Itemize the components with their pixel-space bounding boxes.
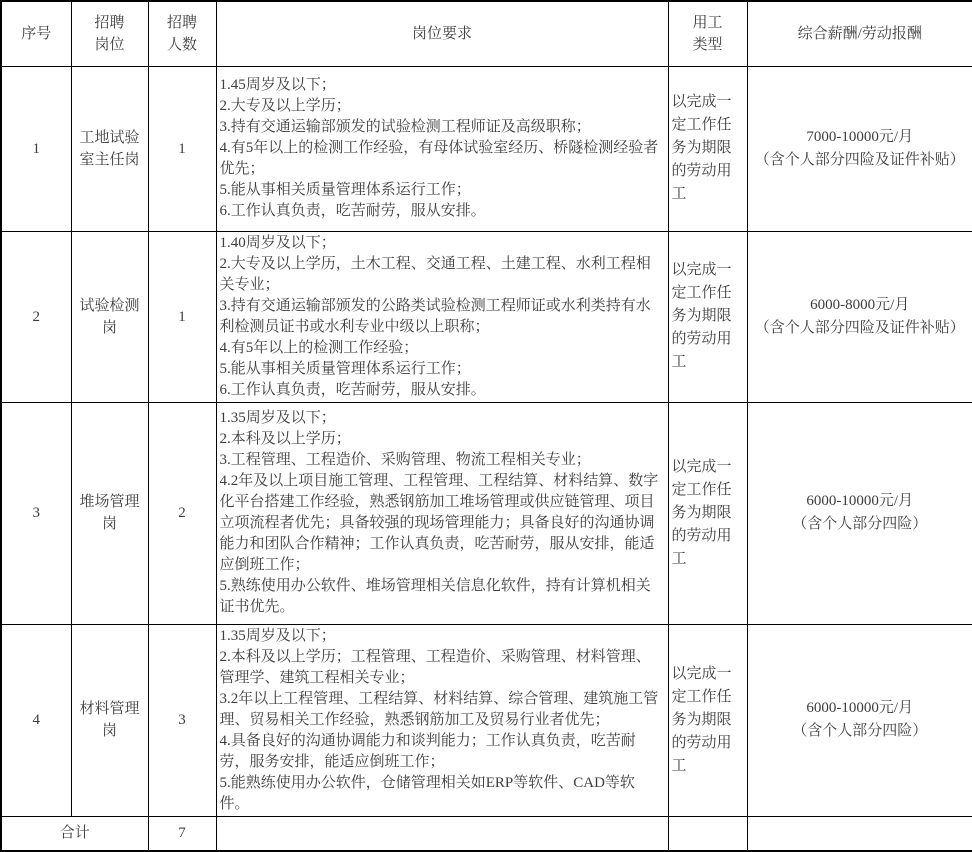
header-seq: 序号 [1, 1, 71, 66]
salary-cell: 6000-10000元/月 （含个人部分四险） [747, 624, 972, 816]
salary-note: （含个人部分四险及证件补贴） [751, 317, 970, 340]
salary-note: （含个人部分四险） [751, 720, 970, 743]
total-count-cell: 7 [148, 816, 216, 851]
count-cell: 1 [148, 66, 216, 231]
count-cell: 3 [148, 624, 216, 816]
position-cell: 工地试验室主任岗 [71, 66, 148, 231]
table-row: 2 试验检测岗 1 1.40周岁及以下； 2.大专及以上学历，土木工程、交通工程… [1, 231, 972, 402]
salary-cell: 6000-8000元/月 （含个人部分四险及证件补贴） [747, 231, 972, 402]
seq-cell: 4 [1, 624, 71, 816]
requirements-cell: 1.45周岁及以下； 2.大专及以上学历； 3.持有交通运输部颁发的试验检测工程… [216, 66, 668, 231]
salary-range: 6000-10000元/月 [751, 490, 970, 513]
salary-note: （含个人部分四险） [751, 513, 970, 536]
employment-type-cell: 以完成一定工作任务为期限的劳动用工 [668, 66, 747, 231]
seq-cell: 3 [1, 402, 71, 624]
empty-requirements-cell [216, 816, 668, 851]
count-cell: 1 [148, 231, 216, 402]
header-salary: 综合薪酬/劳动报酬 [747, 1, 972, 66]
empty-salary-cell [747, 816, 972, 851]
total-label-cell: 合计 [1, 816, 148, 851]
count-cell: 2 [148, 402, 216, 624]
requirements-cell: 1.35周岁及以下； 2.本科及以上学历；工程管理、工程造价、采购管理、材料管理… [216, 624, 668, 816]
position-cell: 材料管理岗 [71, 624, 148, 816]
employment-type-cell: 以完成一定工作任务为期限的劳动用工 [668, 624, 747, 816]
table-row: 4 材料管理岗 3 1.35周岁及以下； 2.本科及以上学历；工程管理、工程造价… [1, 624, 972, 816]
table-row: 1 工地试验室主任岗 1 1.45周岁及以下； 2.大专及以上学历； 3.持有交… [1, 66, 972, 231]
requirements-cell: 1.40周岁及以下； 2.大专及以上学历，土木工程、交通工程、土建工程、水利工程… [216, 231, 668, 402]
salary-range: 7000-10000元/月 [751, 126, 970, 149]
salary-range: 6000-10000元/月 [751, 697, 970, 720]
salary-cell: 7000-10000元/月 （含个人部分四险及证件补贴） [747, 66, 972, 231]
header-position: 招聘 岗位 [71, 1, 148, 66]
total-row: 合计 7 [1, 816, 972, 851]
recruitment-table: 序号 招聘 岗位 招聘 人数 岗位要求 用工 类型 综合薪酬/劳动报酬 1 工地… [0, 0, 972, 852]
requirements-cell: 1.35周岁及以下； 2.本科及以上学历； 3.工程管理、工程造价、采购管理、物… [216, 402, 668, 624]
empty-employment-type-cell [668, 816, 747, 851]
position-cell: 试验检测岗 [71, 231, 148, 402]
header-requirements: 岗位要求 [216, 1, 668, 66]
salary-cell: 6000-10000元/月 （含个人部分四险） [747, 402, 972, 624]
salary-range: 6000-8000元/月 [751, 294, 970, 317]
seq-cell: 2 [1, 231, 71, 402]
employment-type-cell: 以完成一定工作任务为期限的劳动用工 [668, 231, 747, 402]
recruitment-table-page: 序号 招聘 岗位 招聘 人数 岗位要求 用工 类型 综合薪酬/劳动报酬 1 工地… [0, 0, 972, 847]
table-row: 3 堆场管理岗 2 1.35周岁及以下； 2.本科及以上学历； 3.工程管理、工… [1, 402, 972, 624]
header-count: 招聘 人数 [148, 1, 216, 66]
header-row: 序号 招聘 岗位 招聘 人数 岗位要求 用工 类型 综合薪酬/劳动报酬 [1, 1, 972, 66]
header-employment-type: 用工 类型 [668, 1, 747, 66]
salary-note: （含个人部分四险及证件补贴） [751, 149, 970, 172]
employment-type-cell: 以完成一定工作任务为期限的劳动用工 [668, 402, 747, 624]
seq-cell: 1 [1, 66, 71, 231]
position-cell: 堆场管理岗 [71, 402, 148, 624]
